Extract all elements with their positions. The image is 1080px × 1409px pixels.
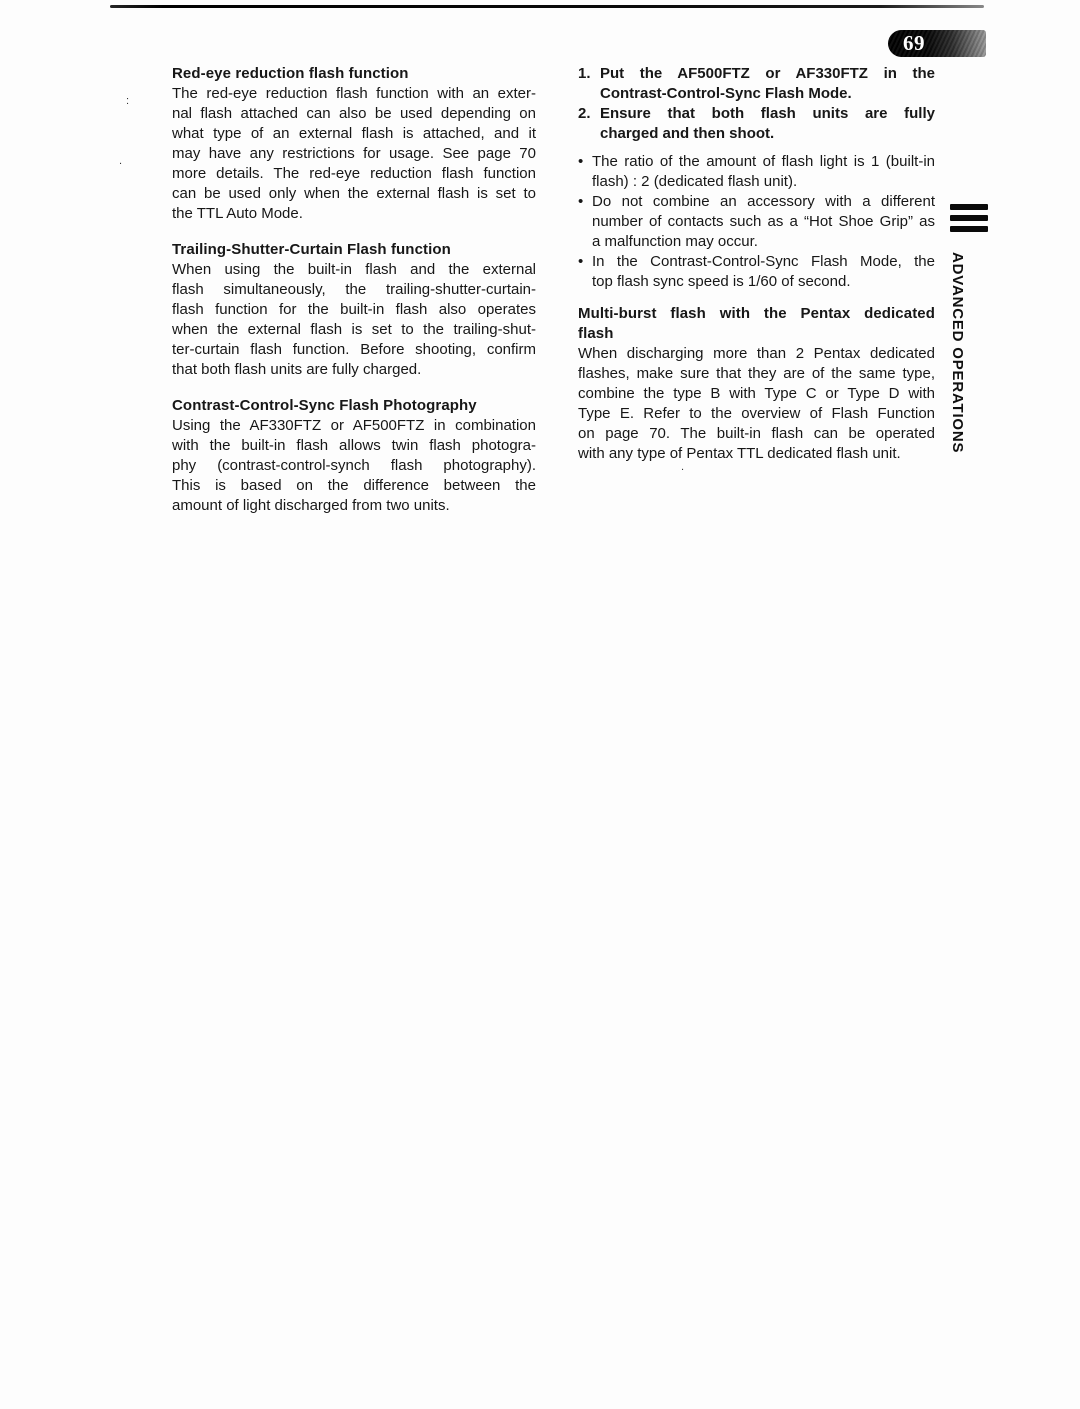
section-heading: Red-eye reduction flash function xyxy=(172,64,536,84)
text-line: Using the AF330FTZ or AF500FTZ in combin… xyxy=(172,416,536,436)
text-line: can be used only when the external flash… xyxy=(172,184,536,204)
section-trailing-shutter-curtain: Trailing-Shutter-Curtain Flash function … xyxy=(172,240,536,380)
note-text: In the Contrast-Control-Sync Flash Mode,… xyxy=(592,252,935,292)
page-top-rule xyxy=(110,5,984,8)
tab-bar xyxy=(950,204,988,210)
step-text: Ensure that both flash units are fullych… xyxy=(600,104,935,144)
notes-list: • The ratio of the amount of flash light… xyxy=(578,152,935,292)
scan-artifact: . xyxy=(119,156,122,167)
note-item: • Do not combine an accessory with a dif… xyxy=(578,192,935,252)
text-line: Ensure that both flash units are fully xyxy=(600,104,935,124)
page-number-badge: 69 xyxy=(888,30,986,57)
text-line: number of contacts such as a “Hot Shoe G… xyxy=(592,212,935,232)
text-line: The red-eye reduction flash function wit… xyxy=(172,84,536,104)
section-contrast-control-sync: Contrast-Control-Sync Flash Photography … xyxy=(172,396,536,516)
text-line: flashes, make sure that they are of the … xyxy=(578,364,935,384)
step-text: Put the AF500FTZ or AF330FTZ in theContr… xyxy=(600,64,935,104)
section-multi-burst-flash: Multi-burst flash with the Pentax dedica… xyxy=(578,304,935,464)
tab-bar xyxy=(950,215,988,221)
chapter-tab-icon xyxy=(950,204,988,237)
section-heading: Contrast-Control-Sync Flash Photography xyxy=(172,396,536,416)
step-number: 1. xyxy=(578,64,600,104)
text-line: Contrast-Control-Sync Flash Mode. xyxy=(600,84,935,104)
text-line: This is based on the difference between … xyxy=(172,476,536,496)
text-line: what type of an external flash is attach… xyxy=(172,124,536,144)
text-line: flash xyxy=(578,324,935,344)
text-line: ter-curtain flash function. Before shoot… xyxy=(172,340,536,360)
left-column: Red-eye reduction flash function The red… xyxy=(172,64,536,516)
text-line: When using the built-in flash and the ex… xyxy=(172,260,536,280)
note-text: The ratio of the amount of flash light i… xyxy=(592,152,935,192)
section-heading: Multi-burst flash with the Pentax dedica… xyxy=(578,304,935,344)
text-line: with the built-in flash allows twin flas… xyxy=(172,436,536,456)
text-line: the TTL Auto Mode. xyxy=(172,204,536,224)
sidebar-chapter-label: ADVANCED OPERATIONS xyxy=(947,252,967,453)
text-line: more details. The red-eye reduction flas… xyxy=(172,164,536,184)
scan-artifact: : xyxy=(126,96,129,107)
section-paragraph: The red-eye reduction flash function wit… xyxy=(172,84,536,224)
section-paragraph: When discharging more than 2 Pentax dedi… xyxy=(578,344,935,464)
text-line: flash) : 2 (dedicated flash unit). xyxy=(592,172,935,192)
text-line: may have any restrictions for usage. See… xyxy=(172,144,536,164)
right-column: 1. Put the AF500FTZ or AF330FTZ in theCo… xyxy=(578,64,935,464)
text-line: that both flash units are fully charged. xyxy=(172,360,536,380)
step-1: 1. Put the AF500FTZ or AF330FTZ in theCo… xyxy=(578,64,935,104)
text-line: The ratio of the amount of flash light i… xyxy=(592,152,935,172)
text-line: amount of light discharged from two unit… xyxy=(172,496,536,516)
text-line: phy (contrast-control-synch flash photog… xyxy=(172,456,536,476)
text-line: In the Contrast-Control-Sync Flash Mode,… xyxy=(592,252,935,272)
text-line: combine the type B with Type C or Type D… xyxy=(578,384,935,404)
step-number: 2. xyxy=(578,104,600,144)
text-line: with any type of Pentax TTL dedicated fl… xyxy=(578,444,935,464)
section-paragraph: When using the built-in flash and the ex… xyxy=(172,260,536,380)
text-line: When discharging more than 2 Pentax dedi… xyxy=(578,344,935,364)
tab-bar xyxy=(950,226,988,232)
step-2: 2. Ensure that both flash units are full… xyxy=(578,104,935,144)
bullet-icon: • xyxy=(578,152,592,192)
text-line: Multi-burst flash with the Pentax dedica… xyxy=(578,304,935,324)
section-heading: Trailing-Shutter-Curtain Flash function xyxy=(172,240,536,260)
text-line: flash simultaneously, the trailing-shutt… xyxy=(172,280,536,300)
text-line: a malfunction may occur. xyxy=(592,232,935,252)
text-line: on page 70. The built-in flash can be op… xyxy=(578,424,935,444)
note-item: • In the Contrast-Control-Sync Flash Mod… xyxy=(578,252,935,292)
section-paragraph: Using the AF330FTZ or AF500FTZ in combin… xyxy=(172,416,536,516)
text-line: Put the AF500FTZ or AF330FTZ in the xyxy=(600,64,935,84)
text-line: when the external flash is set to the tr… xyxy=(172,320,536,340)
text-line: Type E. Refer to the overview of Flash F… xyxy=(578,404,935,424)
text-line: Do not combine an accessory with a diffe… xyxy=(592,192,935,212)
text-line: top flash sync speed is 1/60 of second. xyxy=(592,272,935,292)
text-line: charged and then shoot. xyxy=(600,124,935,144)
note-text: Do not combine an accessory with a diffe… xyxy=(592,192,935,252)
bullet-icon: • xyxy=(578,192,592,252)
bullet-icon: • xyxy=(578,252,592,292)
page-number: 69 xyxy=(903,31,925,56)
scan-artifact: . xyxy=(681,462,684,473)
text-line: flash function for the built-in flash al… xyxy=(172,300,536,320)
section-red-eye-reduction: Red-eye reduction flash function The red… xyxy=(172,64,536,224)
note-item: • The ratio of the amount of flash light… xyxy=(578,152,935,192)
text-line: nal flash attached can also be used depe… xyxy=(172,104,536,124)
